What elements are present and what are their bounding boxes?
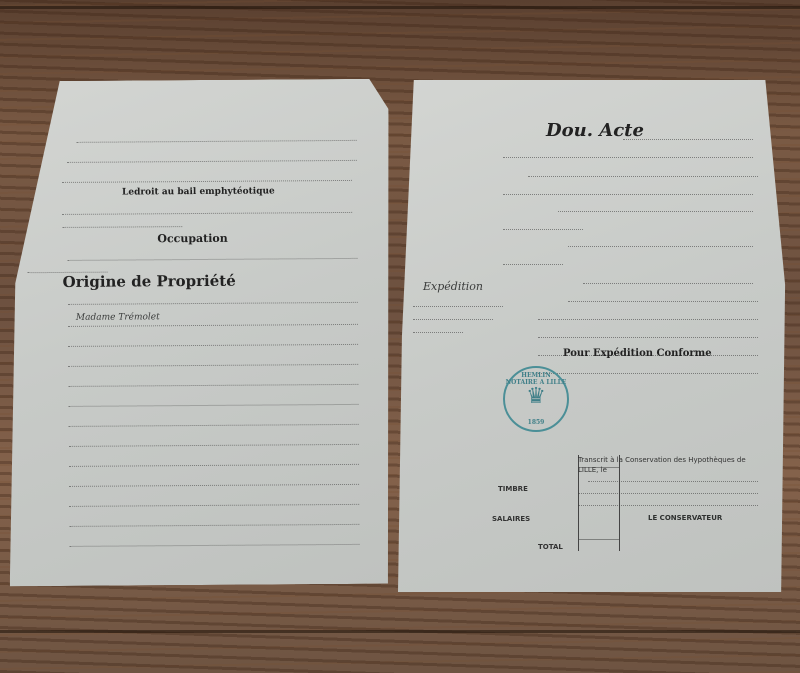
emphasis-text: Ledroit au bail emphytéotique: [122, 186, 275, 197]
group-timbre: TIMBRE: [498, 485, 528, 493]
margin-label-expedition: Expédition: [423, 280, 483, 293]
eagle-icon: ♛: [505, 384, 567, 409]
left-document: Ledroit au bail emphytéotique Occupation…: [6, 79, 392, 587]
name-text: Madame Trémolet: [76, 312, 160, 323]
total-label: TOTAL: [538, 543, 563, 551]
heading-origine-de-propriete: Origine de Propriété: [63, 272, 236, 291]
transcription-note: Transcrit à la Conservation des Hypothèq…: [578, 455, 758, 475]
conservateur-label: LE CONSERVATEUR: [648, 514, 722, 522]
plank-gap: [0, 6, 800, 9]
plank-gap: [0, 630, 800, 633]
certification-text: Pour Expédition Conforme: [563, 348, 712, 359]
heading-occupation: Occupation: [157, 232, 227, 245]
right-document: Dou. Acte Expédition Pour Expédition Con…: [398, 80, 793, 592]
notary-stamp: HEMLIN NOTAIRE A LILLE ♛ 1859: [503, 366, 569, 432]
group-salaires: SALAIRES: [492, 515, 530, 523]
